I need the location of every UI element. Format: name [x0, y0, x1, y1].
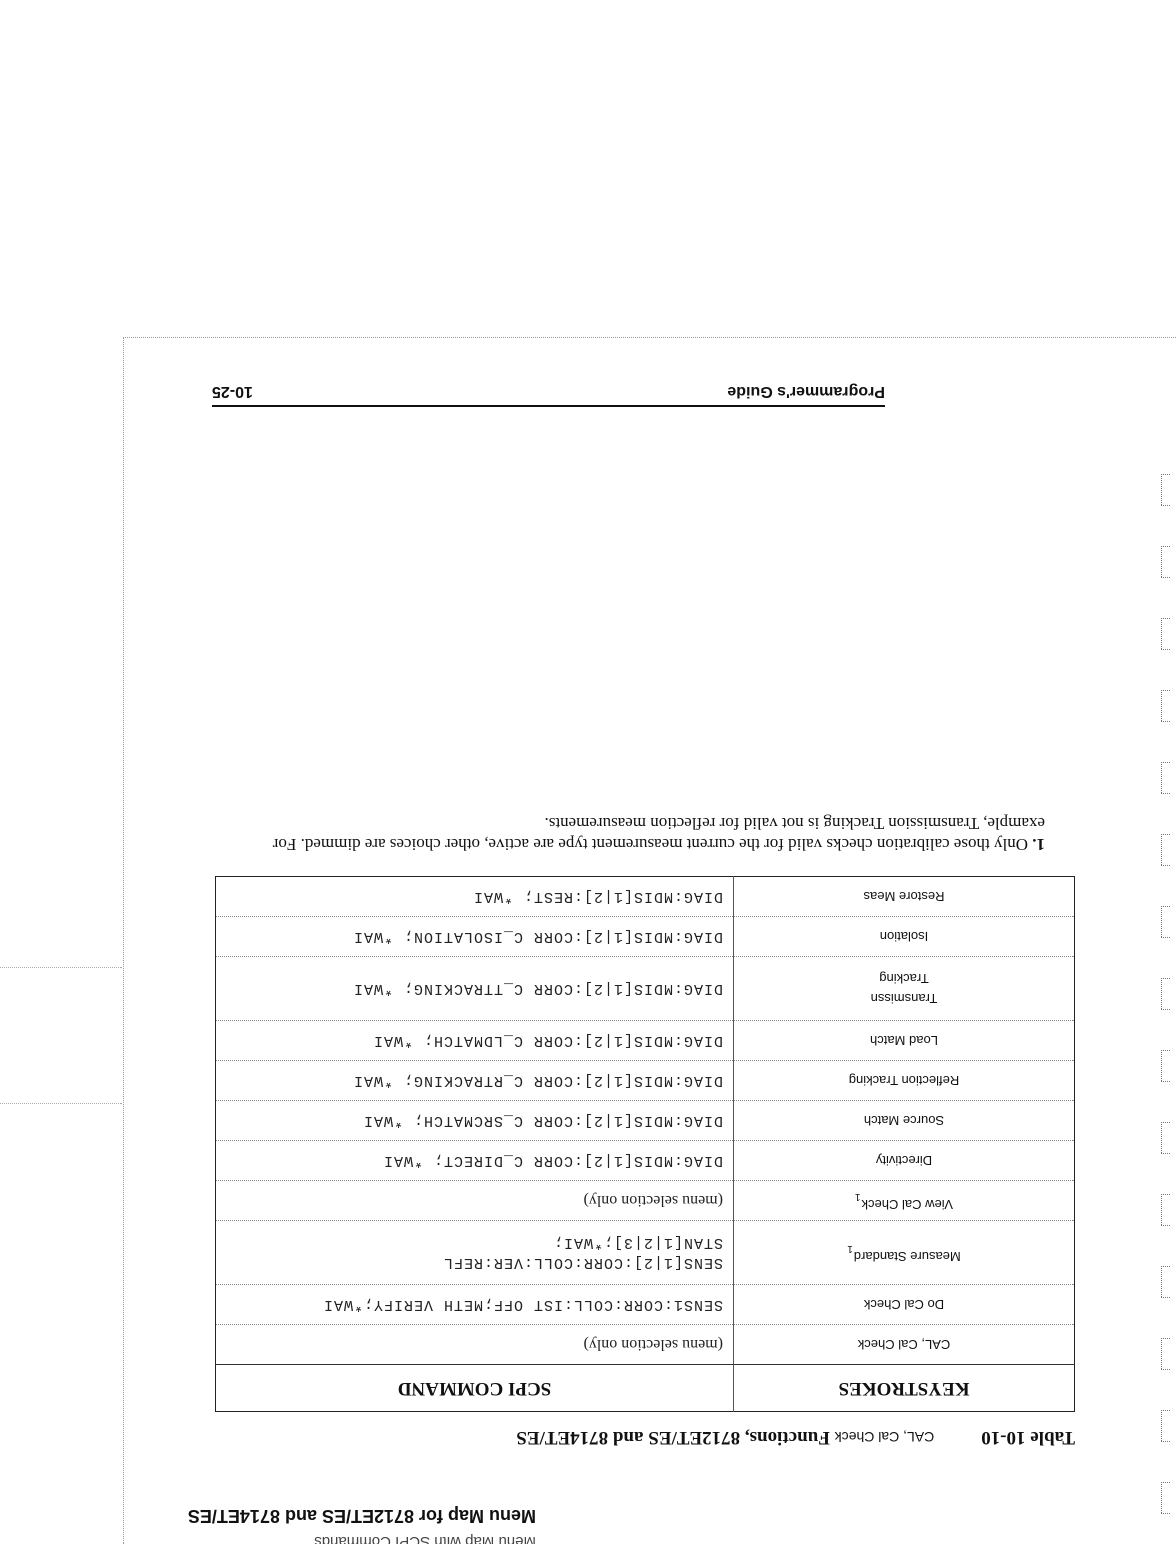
scan-artifact-line	[0, 967, 122, 968]
keystroke-label: Source Match	[744, 1111, 1064, 1131]
footnote-ref: 1	[855, 1192, 861, 1203]
keystroke-cell: Source Match	[734, 1101, 1075, 1141]
column-header-keystrokes: KEYSTROKES	[734, 1365, 1075, 1412]
footnote-ref: 1	[847, 1244, 853, 1255]
page-header-title: Programmer's Guide	[727, 382, 885, 400]
keystroke-cell: View Cal Check1	[734, 1181, 1075, 1221]
header-rule	[212, 405, 885, 407]
table-row: Reflection TrackingDIAG:MDIS[1|2]:CORR C…	[216, 1061, 1075, 1101]
keystroke-label: View Cal Check	[862, 1198, 954, 1213]
keystroke-label: Isolation	[744, 927, 1064, 947]
scpi-cell: SENS1:CORR:COLL:IST OFF;METH VERIFY;*WAI	[216, 1285, 734, 1325]
scpi-command: (menu selection only)	[226, 1335, 723, 1355]
page-frame-edge	[123, 337, 1176, 338]
index-tab-mark	[1161, 1338, 1170, 1370]
keystroke-cell: Restore Meas	[734, 877, 1075, 917]
index-tab-mark	[1161, 1410, 1170, 1442]
keystroke-cell: Measure Standard1	[734, 1221, 1075, 1285]
running-head-section: Menu Map with SCPI Commands	[116, 1533, 536, 1544]
keystroke-cell: Do Cal Check	[734, 1285, 1075, 1325]
keystroke-label: Load Match	[744, 1031, 1064, 1051]
page-number: 10-25	[212, 382, 276, 400]
index-tab-mark	[1161, 1194, 1170, 1226]
footnote: 1. Only those calibration checks valid f…	[265, 813, 1045, 855]
index-tab-mark	[1161, 1266, 1170, 1298]
keystroke-label: Measure Standard	[854, 1250, 961, 1265]
keystroke-label: Directivity	[744, 1151, 1064, 1171]
keystroke-label: Reflection Tracking	[744, 1071, 1064, 1091]
table-row: CAL, Cal Check(menu selection only)	[216, 1325, 1075, 1365]
scpi-cell: DIAG:MDIS[1|2]:CORR C_TTRACKING; *WAI	[216, 957, 734, 1021]
scpi-command: DIAG:MDIS[1|2]:REST; *WAI	[226, 887, 723, 907]
table-row: Do Cal CheckSENS1:CORR:COLL:IST OFF;METH…	[216, 1285, 1075, 1325]
table-row: TransmissnTrackingDIAG:MDIS[1|2]:CORR C_…	[216, 957, 1075, 1021]
scpi-command: (menu selection only)	[226, 1191, 723, 1211]
index-tab-mark	[1161, 906, 1170, 938]
index-tab-mark	[1161, 762, 1170, 794]
index-tab-mark	[1161, 978, 1170, 1010]
scpi-command: DIAG:MDIS[1|2]:CORR C_ISOLATION; *WAI	[226, 927, 723, 947]
scpi-cell: (menu selection only)	[216, 1181, 734, 1221]
scpi-command: SENS[1|2]:CORR:COLL:VER:REFL	[226, 1253, 723, 1273]
scpi-command: STAN[1|2|3];*WAI;	[226, 1233, 723, 1253]
scpi-cell: DIAG:MDIS[1|2]:CORR C_ISOLATION; *WAI	[216, 917, 734, 957]
keystroke-cell: Directivity	[734, 1141, 1075, 1181]
caption-text: Functions, 8712ET/ES and 8714ET/ES	[516, 1427, 830, 1448]
scpi-command: DIAG:MDIS[1|2]:CORR C_DIRECT; *WAI	[226, 1151, 723, 1171]
table-row: Load MatchDIAG:MDIS[1|2]:CORR C_LDMATCH;…	[216, 1021, 1075, 1061]
page-frame-edge	[123, 338, 124, 1544]
keystroke-cell: Reflection Tracking	[734, 1061, 1075, 1101]
index-tab-mark	[1161, 1482, 1170, 1514]
keystroke-cell: TransmissnTracking	[734, 957, 1075, 1021]
scpi-cell: DIAG:MDIS[1|2]:CORR C_RTRACKING; *WAI	[216, 1061, 734, 1101]
footnote-number: 1.	[1032, 835, 1045, 854]
table-row: Measure Standard1SENS[1|2]:CORR:COLL:VER…	[216, 1221, 1075, 1285]
table-row: View Cal Check1(menu selection only)	[216, 1181, 1075, 1221]
command-table: KEYSTROKES SCPI COMMAND CAL, Cal Check(m…	[215, 876, 1075, 1412]
scpi-cell: DIAG:MDIS[1|2]:CORR C_SRCMATCH; *WAI	[216, 1101, 734, 1141]
index-tab-mark	[1161, 474, 1170, 506]
scpi-command: SENS1:CORR:COLL:IST OFF;METH VERIFY;*WAI	[226, 1295, 723, 1315]
index-tab-mark	[1161, 618, 1170, 650]
table-row: Source MatchDIAG:MDIS[1|2]:CORR C_SRCMAT…	[216, 1101, 1075, 1141]
scpi-command: DIAG:MDIS[1|2]:CORR C_SRCMATCH; *WAI	[226, 1111, 723, 1131]
index-tab-mark	[1161, 690, 1170, 722]
column-header-scpi: SCPI COMMAND	[216, 1365, 734, 1412]
table-row: Restore MeasDIAG:MDIS[1|2]:REST; *WAI	[216, 877, 1075, 917]
keystroke-cell: Load Match	[734, 1021, 1075, 1061]
running-head-title: Menu Map for 8712ET/ES and 8714ET/ES	[116, 1505, 536, 1526]
scpi-cell: DIAG:MDIS[1|2]:CORR C_LDMATCH; *WAI	[216, 1021, 734, 1061]
scpi-command: DIAG:MDIS[1|2]:CORR C_TTRACKING; *WAI	[226, 979, 723, 999]
table-header-row: KEYSTROKES SCPI COMMAND	[216, 1365, 1075, 1412]
keystroke-label: Transmissn	[744, 989, 1064, 1009]
scpi-cell: DIAG:MDIS[1|2]:REST; *WAI	[216, 877, 734, 917]
index-tab-mark	[1161, 834, 1170, 866]
index-tab-mark	[1161, 1050, 1170, 1082]
scpi-cell: (menu selection only)	[216, 1325, 734, 1365]
table-caption: Table 10-10 CAL, Cal Check Functions, 87…	[195, 1426, 1075, 1448]
footnote-text: Only those calibration checks valid for …	[273, 814, 1045, 854]
scpi-cell: DIAG:MDIS[1|2]:CORR C_DIRECT; *WAI	[216, 1141, 734, 1181]
scanned-page: Menu Map with SCPI Commands Menu Map for…	[0, 0, 1176, 1544]
keystroke-label: CAL, Cal Check	[744, 1335, 1064, 1355]
scpi-cell: SENS[1|2]:CORR:COLL:VER:REFLSTAN[1|2|3];…	[216, 1221, 734, 1285]
scan-artifact-line	[0, 1103, 122, 1104]
keystroke-label: Do Cal Check	[744, 1295, 1064, 1315]
keystroke-cell: Isolation	[734, 917, 1075, 957]
index-tab-mark	[1161, 546, 1170, 578]
scpi-command: DIAG:MDIS[1|2]:CORR C_LDMATCH; *WAI	[226, 1031, 723, 1051]
table-row: DirectivityDIAG:MDIS[1|2]:CORR C_DIRECT;…	[216, 1141, 1075, 1181]
scpi-command: DIAG:MDIS[1|2]:CORR C_RTRACKING; *WAI	[226, 1071, 723, 1091]
table-row: IsolationDIAG:MDIS[1|2]:CORR C_ISOLATION…	[216, 917, 1075, 957]
keystroke-label: Restore Meas	[744, 887, 1064, 907]
table-number: Table 10-10	[939, 1426, 1075, 1448]
keystroke-cell: CAL, Cal Check	[734, 1325, 1075, 1365]
index-tab-mark	[1161, 1122, 1170, 1154]
caption-prefix: CAL, Cal Check	[835, 1429, 935, 1445]
keystroke-label: Tracking	[744, 969, 1064, 989]
